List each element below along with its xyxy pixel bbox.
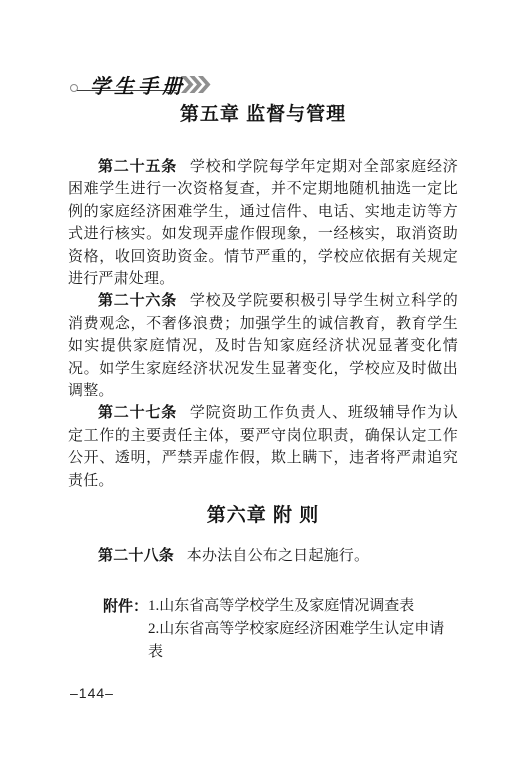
attachments-block: 附件： 1.山东省高等学校学生及家庭情况调查表 2.山东省高等学校家庭经济困难学…: [68, 595, 458, 664]
article-25: 第二十五条学校和学院每学年定期对全部家庭经济困难学生进行一次资格复查，并不定期地…: [68, 156, 458, 290]
attachment-item-1: 1.山东省高等学校学生及家庭情况调查表: [148, 595, 458, 618]
page-number: –144–: [70, 685, 114, 701]
article-28-number: 第二十八条: [98, 547, 174, 564]
attachments-list: 1.山东省高等学校学生及家庭情况调查表 2.山东省高等学校家庭经济困难学生认定申…: [148, 595, 458, 664]
chapter-5-title: 第五章 监督与管理: [68, 103, 458, 127]
handbook-title: 学生手册: [90, 70, 186, 99]
attachment-item-2: 2.山东省高等学校家庭经济困难学生认定申请表: [148, 618, 458, 664]
book-page: 学生手册 第五章 监督与管理 第二十五条学校和学院每学年定期对全部家庭经济困难学…: [0, 0, 525, 768]
article-27-number: 第二十七条: [98, 404, 177, 421]
article-26-text: 学校及学院要积极引导学生树立科学的消费观念，不奢侈浪费；加强学生的诚信教育，教育…: [68, 293, 458, 399]
article-26: 第二十六条学校及学院要积极引导学生树立科学的消费观念，不奢侈浪费；加强学生的诚信…: [68, 290, 458, 402]
running-header: 学生手册: [0, 70, 525, 98]
article-26-number: 第二十六条: [98, 292, 177, 309]
article-25-number: 第二十五条: [98, 158, 177, 175]
article-27: 第二十七条学院资助工作负责人、班级辅导作为认定工作的主要责任主体，要严守岗位职责…: [68, 402, 458, 492]
article-28: 第二十八条本办法自公布之日起施行。: [68, 545, 458, 567]
attachments-label: 附件：: [103, 595, 148, 664]
article-25-text: 学校和学院每学年定期对全部家庭经济困难学生进行一次资格复查，并不定期地随机抽选一…: [68, 159, 458, 287]
triple-chevron-right-icon: [181, 76, 211, 93]
chapter-6-title: 第六章 附 则: [68, 504, 458, 528]
article-28-text: 本办法自公布之日起施行。: [187, 548, 369, 564]
page-content: 第五章 监督与管理 第二十五条学校和学院每学年定期对全部家庭经济困难学生进行一次…: [68, 103, 458, 664]
